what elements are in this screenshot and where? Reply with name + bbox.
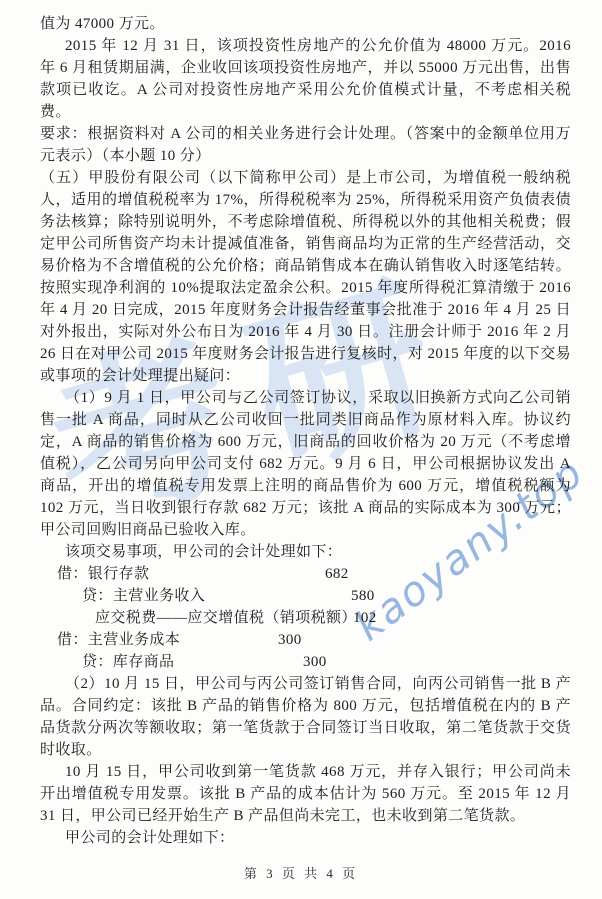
property-sale-paragraph: 2015 年 12 月 31 日，该项投资性房地产的公允价值为 48000 万元… (40, 35, 571, 123)
journal-amount: 300 (278, 629, 302, 651)
item-2-entry-intro: 甲公司的会计处理如下： (40, 827, 571, 849)
requirement-paragraph: 要求：根据资料对 A 公司的相关业务进行会计处理。（答案中的金额单位用万元表示）… (40, 123, 571, 167)
page-content: 值为 47000 万元。 2015 年 12 月 31 日，该项投资性房地产的公… (40, 13, 571, 849)
page-footer: 第 3 页 共 4 页 (0, 863, 602, 882)
item-1-description: （1）9 月 1 日，甲公司与乙公司签订协议，采取以旧换新方式向乙公司销售一批 … (40, 387, 571, 541)
continuation-line: 值为 47000 万元。 (40, 13, 571, 35)
document-page: 考研 kaoyany.top 值为 47000 万元。 2015 年 12 月 … (0, 0, 602, 899)
journal-entries: 借：银行存款 682 贷：主营业务收入 580 应交税费——应交增值税（销项税额… (40, 563, 571, 673)
journal-amount: 682 (325, 563, 349, 585)
journal-line: 贷：库存商品 300 (40, 651, 571, 673)
journal-amount: 102 (353, 607, 377, 629)
item-2-description: （2）10 月 15 日，甲公司与丙公司签订销售合同，向丙公司销售一批 B 产品… (40, 673, 571, 761)
section-five-intro: （五）甲股份有限公司（以下简称甲公司）是上市公司，为增值税一般纳税人，适用的增值… (40, 167, 571, 387)
journal-line: 应交税费——应交增值税（销项税额） 102 (40, 607, 571, 629)
journal-line: 借：主营业务成本 300 (40, 629, 571, 651)
journal-label: 应交税费——应交增值税（销项税额） (95, 610, 357, 626)
journal-label: 贷：主营业务收入 (82, 588, 205, 604)
journal-line: 贷：主营业务收入 580 (40, 585, 571, 607)
journal-amount: 300 (303, 651, 327, 673)
journal-label: 借：银行存款 (57, 566, 149, 582)
item-2-payment-detail: 10 月 15 日，甲公司收到第一笔货款 468 万元，并存入银行；甲公司尚未开… (40, 761, 571, 827)
entry-intro-line: 该项交易事项，甲公司的会计处理如下： (40, 541, 571, 563)
journal-label: 贷：库存商品 (82, 654, 174, 670)
journal-amount: 580 (351, 585, 375, 607)
journal-line: 借：银行存款 682 (40, 563, 571, 585)
journal-label: 借：主营业务成本 (57, 632, 180, 648)
